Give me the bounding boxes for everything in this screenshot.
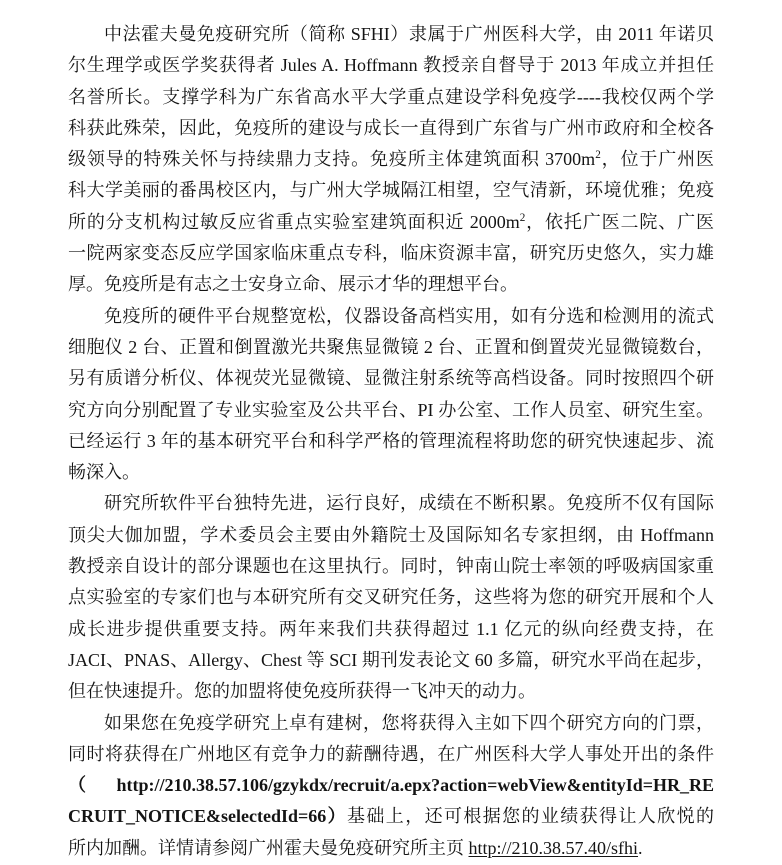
text-line: 厚。免疫所是有志之士安身立命、展示才华的理想平台。 [68, 269, 714, 300]
text-run: JACI、PNAS、Allergy、Chest 等 SCI 期刊发表论文 60 … [68, 650, 714, 670]
text-line: 成长进步提供重要支持。两年来我们共获得超过 1.1 亿元的纵向经费支持，在 [68, 614, 714, 645]
text-line: （http://210.38.57.106/gzykdx/recruit/a.e… [68, 770, 714, 801]
text-run: 所的分支机构过敏反应省重点实验室建筑面积近 2000m [68, 212, 520, 232]
text-line: 畅深入。 [68, 457, 714, 488]
text-line: 科大学美丽的番禺校区内，与广州大学城隔江相望，空气清新，环境优雅；免疫 [68, 175, 714, 206]
text-line: 一院两家变态反应学国家临床重点专科，临床资源丰富，研究历史悠久，实力雄 [68, 238, 714, 269]
document-page: 中法霍夫曼免疫研究所（简称 SFHI）隶属于广州医科大学，由 2011 年诺贝尔… [0, 0, 782, 865]
text-run: 已经运行 3 年的基本研究平台和科学严格的管理流程将助您的研究快速起步、流 [68, 431, 714, 451]
text-line: 教授亲自设计的部分课题也在这里执行。同时，钟南山院士率领的呼吸病国家重 [68, 551, 714, 582]
text-run: 但在快速提升。您的加盟将使免疫所获得一飞冲天的动力。 [68, 681, 536, 701]
text-run: 免疫所的硬件平台规整宽松，仪器设备高档实用，如有分选和检测用的流式 [104, 306, 714, 326]
text-line: 但在快速提升。您的加盟将使免疫所获得一飞冲天的动力。 [68, 676, 714, 707]
text-run: . [638, 838, 643, 858]
text-run: 畅深入。 [68, 462, 140, 482]
text-line: 如果您在免疫学研究上卓有建树，您将获得入主如下四个研究方向的门票， [68, 708, 714, 739]
text-line: 免疫所的硬件平台规整宽松，仪器设备高档实用，如有分选和检测用的流式 [68, 301, 714, 332]
text-line: 点实验室的专家们也与本研究所有交叉研究任务，这些将为您的研究开展和个人 [68, 582, 714, 613]
text-run: 科大学美丽的番禺校区内，与广州大学城隔江相望，空气清新，环境优雅；免疫 [68, 180, 714, 200]
text-run: 一院两家变态反应学国家临床重点专科，临床资源丰富，研究历史悠久，实力雄 [68, 243, 714, 263]
sfhi-homepage-link[interactable]: http://210.38.57.40/sfhi [469, 838, 639, 858]
recruit-conditions-url: CRUIT_NOTICE&selectedId=66） [68, 806, 347, 826]
text-run: 另有质谱分析仪、体视荧光显微镜、显微注射系统等高档设备。同时按照四个研 [68, 368, 714, 388]
text-line: 细胞仪 2 台、正置和倒置激光共聚焦显微镜 2 台、正置和倒置荧光显微镜数台， [68, 332, 714, 363]
text-run: 点实验室的专家们也与本研究所有交叉研究任务，这些将为您的研究开展和个人 [68, 587, 714, 607]
text-run: 如果您在免疫学研究上卓有建树，您将获得入主如下四个研究方向的门票， [104, 713, 714, 733]
text-run: 级领导的特殊关怀与持续鼎力支持。免疫所主体建筑面积 3700m [68, 149, 595, 169]
text-run: 基础上，还可根据您的业绩获得让人欣悦的 [347, 806, 714, 826]
text-run: 研究所软件平台独特先进，运行良好，成绩在不断积累。免疫所不仅有国际 [104, 493, 714, 513]
text-line: 究方向分别配置了专业实验室及公共平台、PI 办公室、工作人员室、研究生室。 [68, 395, 714, 426]
text-run: 尔生理学或医学奖获得者 Jules A. Hoffmann 教授亲自督导于 20… [68, 55, 714, 75]
document-body: 中法霍夫曼免疫研究所（简称 SFHI）隶属于广州医科大学，由 2011 年诺贝尔… [68, 19, 714, 864]
text-run: 科获此殊荣，因此，免疫所的建设与成长一直得到广东省与广州市政府和全校各 [68, 118, 714, 138]
text-line: 名誉所长。支撑学科为广东省高水平大学重点建设学科免疫学----我校仅两个学 [68, 82, 714, 113]
text-line: 已经运行 3 年的基本研究平台和科学严格的管理流程将助您的研究快速起步、流 [68, 426, 714, 457]
text-line: 科获此殊荣，因此，免疫所的建设与成长一直得到广东省与广州市政府和全校各 [68, 113, 714, 144]
text-line: 级领导的特殊关怀与持续鼎力支持。免疫所主体建筑面积 3700m2，位于广州医 [68, 144, 714, 175]
text-line: 尔生理学或医学奖获得者 Jules A. Hoffmann 教授亲自督导于 20… [68, 50, 714, 81]
text-line: CRUIT_NOTICE&selectedId=66）基础上，还可根据您的业绩获… [68, 801, 714, 832]
text-run: 顶尖大伽加盟，学术委员会主要由外籍院士及国际知名专家担纲，由 Hoffmann [68, 525, 714, 545]
text-run: 所内加酬。详情请参阅广州霍夫曼免疫研究所主页 [68, 838, 469, 858]
text-line: 另有质谱分析仪、体视荧光显微镜、显微注射系统等高档设备。同时按照四个研 [68, 363, 714, 394]
text-run: 究方向分别配置了专业实验室及公共平台、PI 办公室、工作人员室、研究生室。 [68, 400, 714, 420]
text-run: 成长进步提供重要支持。两年来我们共获得超过 1.1 亿元的纵向经费支持，在 [68, 619, 714, 639]
text-run: 厚。免疫所是有志之士安身立命、展示才华的理想平台。 [68, 274, 518, 294]
text-line: 中法霍夫曼免疫研究所（简称 SFHI）隶属于广州医科大学，由 2011 年诺贝 [68, 19, 714, 50]
text-run: 中法霍夫曼免疫研究所（简称 SFHI）隶属于广州医科大学，由 2011 年诺贝 [104, 24, 714, 44]
text-run: 同时将获得在广州地区有竞争力的薪酬待遇，在广州医科大学人事处开出的条件 [68, 744, 714, 764]
text-run: 教授亲自设计的部分课题也在这里执行。同时，钟南山院士率领的呼吸病国家重 [68, 556, 714, 576]
recruit-conditions-url: （http://210.38.57.106/gzykdx/recruit/a.e… [68, 775, 714, 795]
text-line: JACI、PNAS、Allergy、Chest 等 SCI 期刊发表论文 60 … [68, 645, 714, 676]
text-run: ，位于广州医 [601, 149, 714, 169]
text-line: 研究所软件平台独特先进，运行良好，成绩在不断积累。免疫所不仅有国际 [68, 488, 714, 519]
text-line: 同时将获得在广州地区有竞争力的薪酬待遇，在广州医科大学人事处开出的条件 [68, 739, 714, 770]
text-line: 所内加酬。详情请参阅广州霍夫曼免疫研究所主页 http://210.38.57.… [68, 833, 714, 864]
text-line: 顶尖大伽加盟，学术委员会主要由外籍院士及国际知名专家担纲，由 Hoffmann [68, 520, 714, 551]
text-line: 所的分支机构过敏反应省重点实验室建筑面积近 2000m2，依托广医二院、广医 [68, 207, 714, 238]
text-run: 细胞仪 2 台、正置和倒置激光共聚焦显微镜 2 台、正置和倒置荧光显微镜数台， [68, 337, 714, 357]
text-run: ，依托广医二院、广医 [525, 212, 714, 232]
text-run: 名誉所长。支撑学科为广东省高水平大学重点建设学科免疫学----我校仅两个学 [68, 87, 714, 107]
